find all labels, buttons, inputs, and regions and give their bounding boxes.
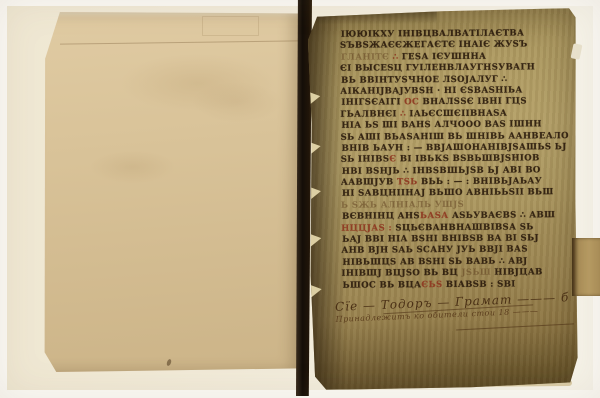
manuscript-line: ВЄВНІНЦ АНЅЬАЅА АЅЬУВАЄВЅ ∴ АВШ — [342, 210, 572, 223]
manuscript-line: НВІ ВЅНЈЬ ∴ ІНВЅВШЬЈЅВ ЬЈ АВІ ВО — [342, 165, 572, 178]
manuscript-line: ЬШОС ВЬ ВЦАЄЬЅ ВІАВЅВ : ЅВІ — [343, 279, 573, 292]
fore-edge-tab — [572, 238, 600, 296]
manuscript-photo: ІЮЮІКХУ ІНІВЦВАЛВАТІЛАЄТВАЅЪВЅЖАЄЄЖЕГАЄТ… — [0, 0, 600, 398]
ink-speck — [166, 359, 172, 367]
manuscript-line: ЬАЈ ВВІ НІА ВЅНІ ВНІВЅВ ВА ВІ ЅЬЈ — [342, 233, 572, 246]
manuscript-line: ВНІВ ЬАУН : — ВВЈАШОНАНІВЈЅАШЬЅ ЬЈ — [342, 142, 572, 155]
page-crease-line — [60, 40, 298, 44]
left-blank-page — [42, 12, 302, 372]
manuscript-line: НІА ЬЅ ШІ ВАНЅ АЛЧООО ВАЅ ІШНН — [341, 119, 571, 132]
manuscript-text: ІЮЮІКХУ ІНІВЦВАЛВАТІЛАЄТВАЅЪВЅЖАЄЄЖЕГАЄТ… — [340, 28, 572, 292]
paper-stain — [192, 82, 282, 122]
manuscript-line: ГЛАНІТЄ ∴ ГЕЅА ІЄУШННА — [341, 51, 571, 64]
manuscript-line: ВЬ ВВІНТУЅЧНОЕ ЛЅОЈАЛУГ ∴ — [341, 74, 571, 87]
faint-stamp-impression — [202, 16, 259, 36]
manuscript-line: ІЮЮІКХУ ІНІВЦВАЛВАТІЛАЄТВА — [341, 28, 571, 41]
manuscript-line: НІ ЅАВЦНІІНАЈ ВЬШО АВНІЬЬЅІІ ВЬШ — [342, 188, 572, 201]
right-parchment-page: ІЮЮІКХУ ІНІВЦВАЛВАТІЛАЄТВАЅЪВЅЖАЄЄЖЕГАЄТ… — [308, 8, 579, 390]
paper-stain — [90, 150, 175, 184]
manuscript-line: НІВЬШЦЅ АВ ВЅНІ ЅЬ ВАВЬ ∴ АВЈ — [342, 256, 572, 269]
darkened-bottom-edge — [310, 318, 578, 390]
manuscript-line: ІНІГЅЄАІГІ ОС ВНАЛЅЅЄ ІВНІ ГЦЅ — [341, 96, 571, 109]
